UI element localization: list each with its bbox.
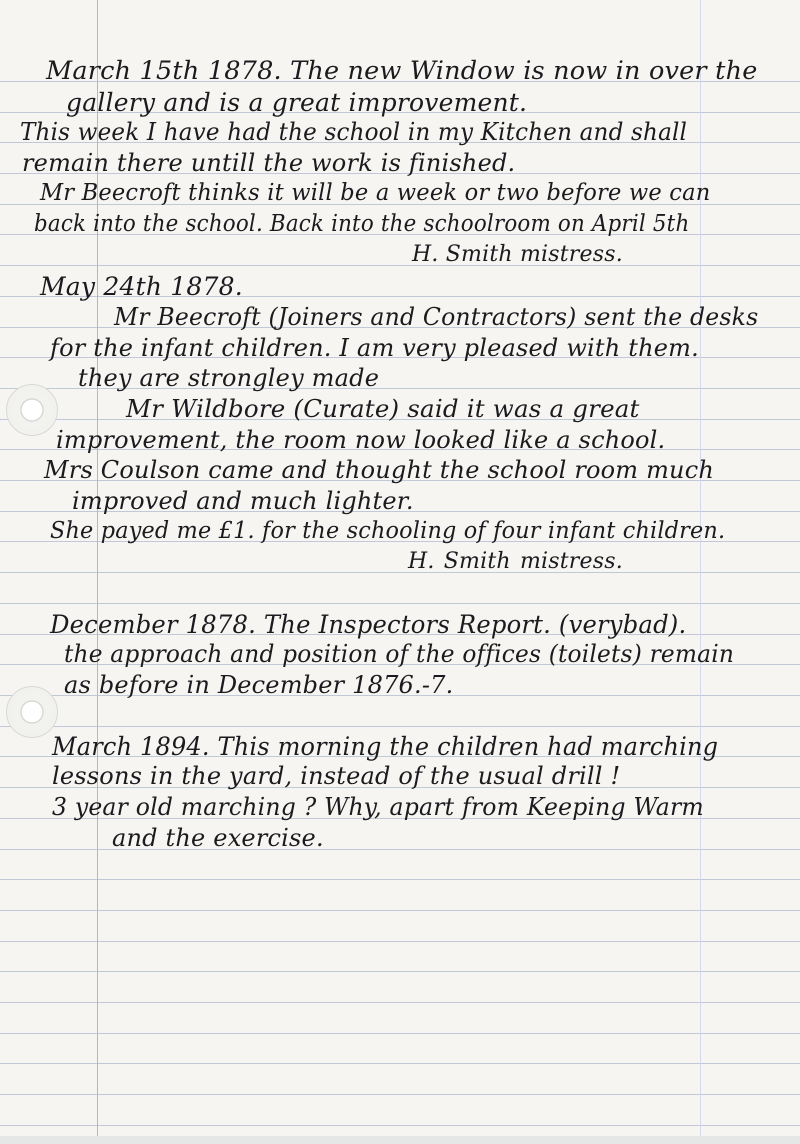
entry-line: and the exercise. [112,826,324,850]
entry-line: Mr Wildbore (Curate) said it was a great [126,397,640,421]
entry-line: gallery and is a great improvement. [66,90,527,115]
entry-line: lessons in the yard, instead of the usua… [52,764,620,788]
punch-hole-bottom [6,686,58,738]
entry-date-line: March 1894. This morning the children ha… [52,734,718,759]
entry-line: This week I have had the school in my Ki… [20,120,687,144]
entry-line: Mrs Coulson came and thought the school … [44,458,714,482]
signature: H. Smith mistress. [412,244,623,266]
notebook-page: March 15th 1878. The new Window is now i… [0,0,800,1136]
ruled-line [0,572,800,573]
entry-line: back into the school. Back into the scho… [34,213,689,236]
ruled-line [0,1002,800,1003]
ruled-line [0,1094,800,1095]
entry-line: for the infant children. I am very pleas… [50,336,699,360]
entry-line: as before in December 1876.-7. [64,673,453,697]
ruled-line [0,265,800,266]
ruled-line [0,971,800,972]
entry-line: She payed me £1. for the schooling of fo… [50,520,725,543]
entry-line: they are strongley made [78,366,379,390]
scan-edge [0,1136,800,1144]
entry-date-line: May 24th 1878. [40,274,243,299]
entry-line: 3 year old marching ? Why, apart from Ke… [52,795,704,819]
ruled-line [0,1033,800,1034]
signature: H. Smith mistress. [408,551,623,573]
ruled-line [0,879,800,880]
ruled-line [0,603,800,604]
entry-line: Mr Beecroft thinks it will be a week or … [40,182,710,205]
entry-line: improved and much lighter. [72,489,414,513]
entry-line: Mr Beecroft (Joiners and Contractors) se… [114,305,758,329]
entry-line: remain there untill the work is finished… [22,151,515,175]
punch-hole-top [6,384,58,436]
ruled-line [0,1125,800,1126]
entry-line: improvement, the room now looked like a … [56,428,665,452]
ruled-line [0,910,800,911]
ruled-line [0,1063,800,1064]
entry-line: the approach and position of the offices… [64,642,734,666]
entry-date-line: December 1878. The Inspectors Report. (v… [50,612,686,637]
ruled-line [0,726,800,727]
ruled-line [0,941,800,942]
right-margin-line [700,0,701,1136]
entry-date-line: March 15th 1878. The new Window is now i… [46,58,758,83]
